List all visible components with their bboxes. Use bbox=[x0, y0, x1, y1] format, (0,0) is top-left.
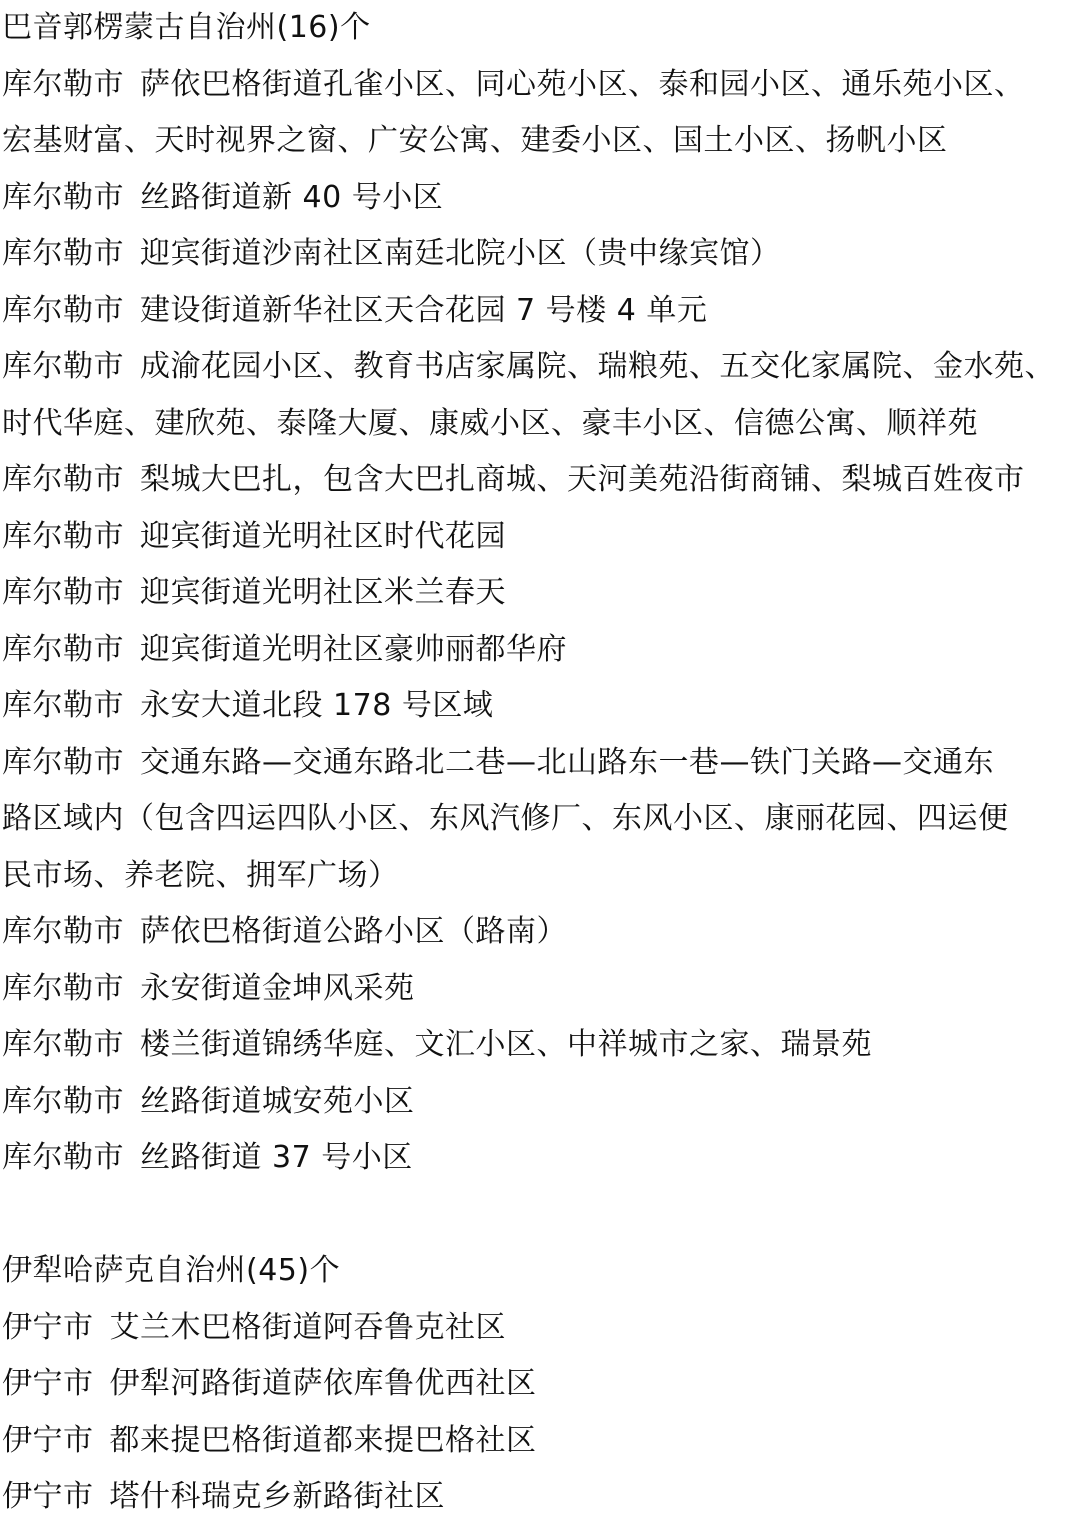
city-label: 库尔勒市 bbox=[2, 1130, 124, 1187]
section-title-bayingolin: 巴音郭楞蒙古自治州(16)个 bbox=[0, 0, 1080, 57]
city-label: 库尔勒市 bbox=[2, 170, 124, 227]
location-text: 丝路街道新 40 号小区 bbox=[140, 180, 443, 215]
location-text: 民市场、养老院、拥军广场） bbox=[2, 858, 399, 893]
location-text: 梨城大巴扎，包含大巴扎商城、天河美苑沿街商铺、梨城百姓夜市 bbox=[140, 462, 1025, 497]
list-item: 伊宁市都来提巴格街道都来提巴格社区 bbox=[0, 1413, 1080, 1470]
list-item: 伊宁市塔什科瑞克乡新路街社区 bbox=[0, 1469, 1080, 1526]
list-item: 伊宁市伊犁河路街道萨依库鲁优西社区 bbox=[0, 1356, 1080, 1413]
list-item: 库尔勒市交通东路—交通东路北二巷—北山路东一巷—铁门关路—交通东 bbox=[0, 735, 1080, 792]
location-text: 丝路街道 37 号小区 bbox=[140, 1140, 413, 1175]
list-item: 库尔勒市萨依巴格街道公路小区（路南） bbox=[0, 904, 1080, 961]
list-item: 库尔勒市永安大道北段 178 号区域 bbox=[0, 678, 1080, 735]
location-text: 建设街道新华社区天合花园 7 号楼 4 单元 bbox=[140, 293, 707, 328]
location-text: 楼兰街道锦绣华庭、文汇小区、中祥城市之家、瑞景苑 bbox=[140, 1027, 872, 1062]
list-item: 库尔勒市迎宾街道光明社区时代花园 bbox=[0, 509, 1080, 566]
city-label: 库尔勒市 bbox=[2, 622, 124, 679]
city-label: 库尔勒市 bbox=[2, 339, 124, 396]
list-item: 伊宁市艾兰木巴格街道阿吞鲁克社区 bbox=[0, 1300, 1080, 1357]
location-text: 永安大道北段 178 号区域 bbox=[140, 688, 493, 723]
location-text: 路区域内（包含四运四队小区、东风汽修厂、东风小区、康丽花园、四运便 bbox=[2, 801, 1009, 836]
location-text: 迎宾街道光明社区米兰春天 bbox=[140, 575, 506, 610]
city-label: 库尔勒市 bbox=[2, 904, 124, 961]
list-item: 库尔勒市迎宾街道光明社区米兰春天 bbox=[0, 565, 1080, 622]
list-item-continuation: 宏基财富、天时视界之窗、广安公寓、建委小区、国土小区、扬帆小区 bbox=[0, 113, 1080, 170]
city-label: 库尔勒市 bbox=[2, 283, 124, 340]
city-label: 库尔勒市 bbox=[2, 678, 124, 735]
section-title-ili: 伊犁哈萨克自治州(45)个 bbox=[0, 1243, 1080, 1300]
list-item-continuation: 民市场、养老院、拥军广场） bbox=[0, 848, 1080, 905]
city-label: 库尔勒市 bbox=[2, 1074, 124, 1131]
list-item: 库尔勒市永安街道金坤风采苑 bbox=[0, 961, 1080, 1018]
city-label: 伊宁市 bbox=[2, 1356, 94, 1413]
city-label: 库尔勒市 bbox=[2, 57, 124, 114]
location-text: 成渝花园小区、教育书店家属院、瑞粮苑、五交化家属院、金水苑、 bbox=[140, 349, 1055, 384]
section-spacer bbox=[0, 1187, 1080, 1244]
list-item: 库尔勒市迎宾街道沙南社区南廷北院小区（贵中缘宾馆） bbox=[0, 226, 1080, 283]
location-text: 伊犁河路街道萨依库鲁优西社区 bbox=[110, 1366, 537, 1401]
location-text: 迎宾街道沙南社区南廷北院小区（贵中缘宾馆） bbox=[140, 236, 781, 271]
location-text: 萨依巴格街道孔雀小区、同心苑小区、泰和园小区、通乐苑小区、 bbox=[140, 67, 1025, 102]
location-text: 迎宾街道光明社区豪帅丽都华府 bbox=[140, 632, 567, 667]
city-label: 伊宁市 bbox=[2, 1413, 94, 1470]
location-text: 交通东路—交通东路北二巷—北山路东一巷—铁门关路—交通东 bbox=[140, 745, 994, 780]
city-label: 库尔勒市 bbox=[2, 735, 124, 792]
location-text: 都来提巴格街道都来提巴格社区 bbox=[110, 1423, 537, 1458]
list-item: 库尔勒市成渝花园小区、教育书店家属院、瑞粮苑、五交化家属院、金水苑、 bbox=[0, 339, 1080, 396]
list-item: 库尔勒市楼兰街道锦绣华庭、文汇小区、中祥城市之家、瑞景苑 bbox=[0, 1017, 1080, 1074]
location-text: 永安街道金坤风采苑 bbox=[140, 971, 415, 1006]
location-text: 时代华庭、建欣苑、泰隆大厦、康威小区、豪丰小区、信德公寓、顺祥苑 bbox=[2, 406, 978, 441]
location-text: 丝路街道城安苑小区 bbox=[140, 1084, 415, 1119]
location-text: 塔什科瑞克乡新路街社区 bbox=[110, 1479, 446, 1514]
list-item-continuation: 路区域内（包含四运四队小区、东风汽修厂、东风小区、康丽花园、四运便 bbox=[0, 791, 1080, 848]
city-label: 库尔勒市 bbox=[2, 509, 124, 566]
list-item: 库尔勒市丝路街道 37 号小区 bbox=[0, 1130, 1080, 1187]
city-label: 伊宁市 bbox=[2, 1469, 94, 1526]
list-item: 库尔勒市迎宾街道光明社区豪帅丽都华府 bbox=[0, 622, 1080, 679]
location-text: 宏基财富、天时视界之窗、广安公寓、建委小区、国土小区、扬帆小区 bbox=[2, 123, 948, 158]
location-text: 艾兰木巴格街道阿吞鲁克社区 bbox=[110, 1310, 507, 1345]
list-item-continuation: 时代华庭、建欣苑、泰隆大厦、康威小区、豪丰小区、信德公寓、顺祥苑 bbox=[0, 396, 1080, 453]
list-item: 库尔勒市丝路街道城安苑小区 bbox=[0, 1074, 1080, 1131]
list-item: 库尔勒市梨城大巴扎，包含大巴扎商城、天河美苑沿街商铺、梨城百姓夜市 bbox=[0, 452, 1080, 509]
city-label: 库尔勒市 bbox=[2, 226, 124, 283]
city-label: 库尔勒市 bbox=[2, 1017, 124, 1074]
section-heading: 伊犁哈萨克自治州(45)个 bbox=[2, 1253, 340, 1288]
city-label: 库尔勒市 bbox=[2, 565, 124, 622]
section-heading: 巴音郭楞蒙古自治州(16)个 bbox=[2, 10, 371, 45]
list-item: 库尔勒市丝路街道新 40 号小区 bbox=[0, 170, 1080, 227]
location-text: 萨依巴格街道公路小区（路南） bbox=[140, 914, 567, 949]
list-item: 库尔勒市萨依巴格街道孔雀小区、同心苑小区、泰和园小区、通乐苑小区、 bbox=[0, 57, 1080, 114]
document: 巴音郭楞蒙古自治州(16)个 库尔勒市萨依巴格街道孔雀小区、同心苑小区、泰和园小… bbox=[0, 0, 1080, 1526]
city-label: 伊宁市 bbox=[2, 1300, 94, 1357]
location-text: 迎宾街道光明社区时代花园 bbox=[140, 519, 506, 554]
city-label: 库尔勒市 bbox=[2, 961, 124, 1018]
list-item: 库尔勒市建设街道新华社区天合花园 7 号楼 4 单元 bbox=[0, 283, 1080, 340]
city-label: 库尔勒市 bbox=[2, 452, 124, 509]
